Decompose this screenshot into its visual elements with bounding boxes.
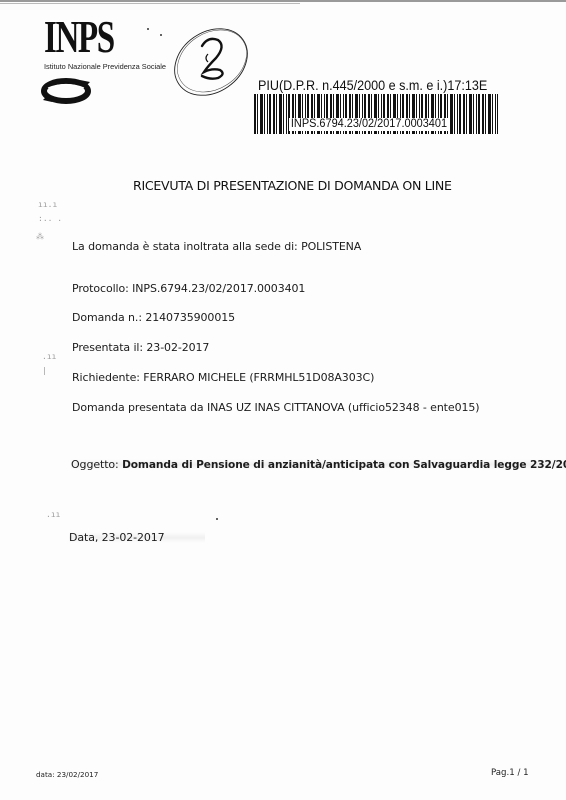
presentata-line: Presentata il: 23-02-2017 [72, 341, 209, 354]
scan-speck [160, 34, 162, 36]
scan-smudge: ⁂ [36, 232, 44, 241]
scan-speck [216, 518, 218, 520]
presentata-value: 23-02-2017 [146, 341, 209, 354]
protocollo-label: Protocollo: [72, 282, 129, 295]
scan-smudge: .ıı [42, 352, 56, 361]
scan-smudge: | [42, 366, 47, 375]
richiedente-value: FERRARO MICHELE (FRRMHL51D08A303C) [143, 371, 374, 384]
barcode-label: PIU(D.P.R. n.445/2000 e s.m. e i.)17:13E [258, 78, 487, 93]
inps-logo-text: INPS [44, 14, 114, 60]
protocollo-value: INPS.6794.23/02/2017.0003401 [132, 282, 305, 295]
scan-smudge: .ıı [46, 510, 60, 519]
handwritten-stamp-icon [168, 24, 254, 100]
inps-logo-subtitle: Istituto Nazionale Previdenza Sociale [44, 62, 166, 71]
domanda-line: Domanda n.: 2140735900015 [72, 311, 235, 324]
inps-swirl-icon [40, 76, 95, 106]
domanda-label: Domanda n.: [72, 311, 142, 324]
sede-label: La domanda è stata inoltrata alla sede d… [72, 240, 298, 253]
scan-smudge: ıı.ı [38, 200, 57, 209]
sede-value: POLISTENA [301, 240, 361, 253]
presentata-da-line: Domanda presentata da INAS UZ INAS CITTA… [72, 401, 479, 414]
richiedente-line: Richiedente: FERRARO MICHELE (FRRMHL51D0… [72, 371, 374, 384]
oggetto-line: Oggetto: Domanda di Pensione di anzianit… [71, 458, 566, 471]
domanda-value: 2140735900015 [145, 311, 235, 324]
barcode-code: INPS.6794.23/02/2017.0003401 [289, 118, 449, 131]
presentata-label: Presentata il: [72, 341, 143, 354]
footer-date: data: 23/02/2017 [36, 770, 98, 779]
oggetto-label: Oggetto: [71, 458, 119, 471]
scan-speck [147, 28, 149, 30]
oggetto-value: Domanda di Pensione di anzianità/anticip… [122, 459, 566, 471]
document-title: RICEVUTA DI PRESENTAZIONE DI DOMANDA ON … [133, 178, 452, 193]
scan-smudge: :.. . [38, 214, 62, 223]
scan-edge-line-secondary [0, 3, 300, 4]
data-line: Data, 23-02-2017 [69, 531, 205, 544]
protocollo-line: Protocollo: INPS.6794.23/02/2017.0003401 [72, 282, 305, 295]
richiedente-label: Richiedente: [72, 371, 140, 384]
sede-line: La domanda è stata inoltrata alla sede d… [72, 240, 361, 253]
footer-page-number: Pag.1 / 1 [491, 768, 529, 778]
